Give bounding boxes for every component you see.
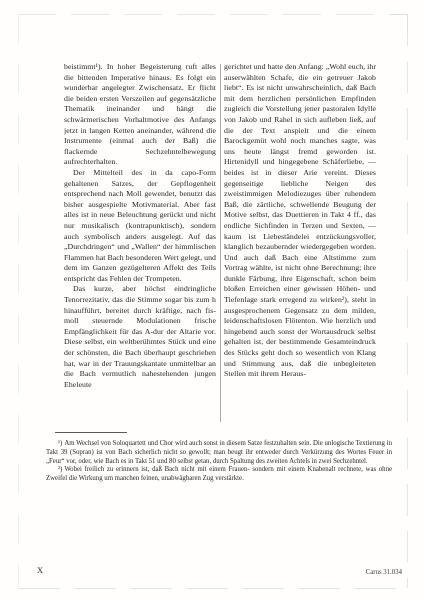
column-divider-rule — [220, 64, 221, 422]
paragraph: Der Mittelteil des in da capo-Form gehal… — [64, 168, 216, 285]
footnote-marker: ¹) — [58, 440, 62, 447]
page-edge-top — [18, 14, 408, 15]
footnote-item: ¹)Am Wechsel von Soloquartett und Chor w… — [46, 440, 392, 466]
page-number: X — [37, 565, 43, 575]
left-column: beistimmt¹). In hoher Begeisterung ruft … — [64, 62, 216, 426]
catalog-number: Carus 31.034 — [366, 569, 402, 576]
footnote-marker: ²) — [58, 466, 62, 473]
page-edge-bottom — [18, 588, 408, 589]
paragraph: beistimmt¹). In hoher Begeisterung ruft … — [64, 62, 216, 168]
paragraph: gerichtet und hatte den Anfang: „Wohl eu… — [224, 62, 376, 380]
paragraph: Das kurze, aber höchst eindringliche Ten… — [64, 284, 216, 390]
footnote-item: ²)Wobei freilich zu erinnern ist, daß Ba… — [46, 466, 392, 484]
scanned-page: beistimmt¹). In hoher Begeisterung ruft … — [0, 0, 424, 600]
crop-corner-top-right-vertical — [407, 14, 408, 34]
footnotes-section: ¹)Am Wechsel von Soloquartett und Chor w… — [46, 440, 392, 484]
footnote-text: Am Wechsel von Soloquartett und Chor wir… — [46, 440, 392, 465]
page-edge-left — [18, 14, 19, 588]
footnote-separator-rule — [55, 432, 127, 433]
right-column: gerichtet und hatte den Anfang: „Wohl eu… — [224, 62, 376, 426]
crop-corner-top-right-horizontal — [390, 14, 408, 15]
footnote-text: Wobei freilich zu erinnern ist, daß Bach… — [46, 466, 392, 482]
page-edge-right — [407, 14, 408, 588]
two-column-text-block: beistimmt¹). In hoher Begeisterung ruft … — [64, 62, 376, 426]
